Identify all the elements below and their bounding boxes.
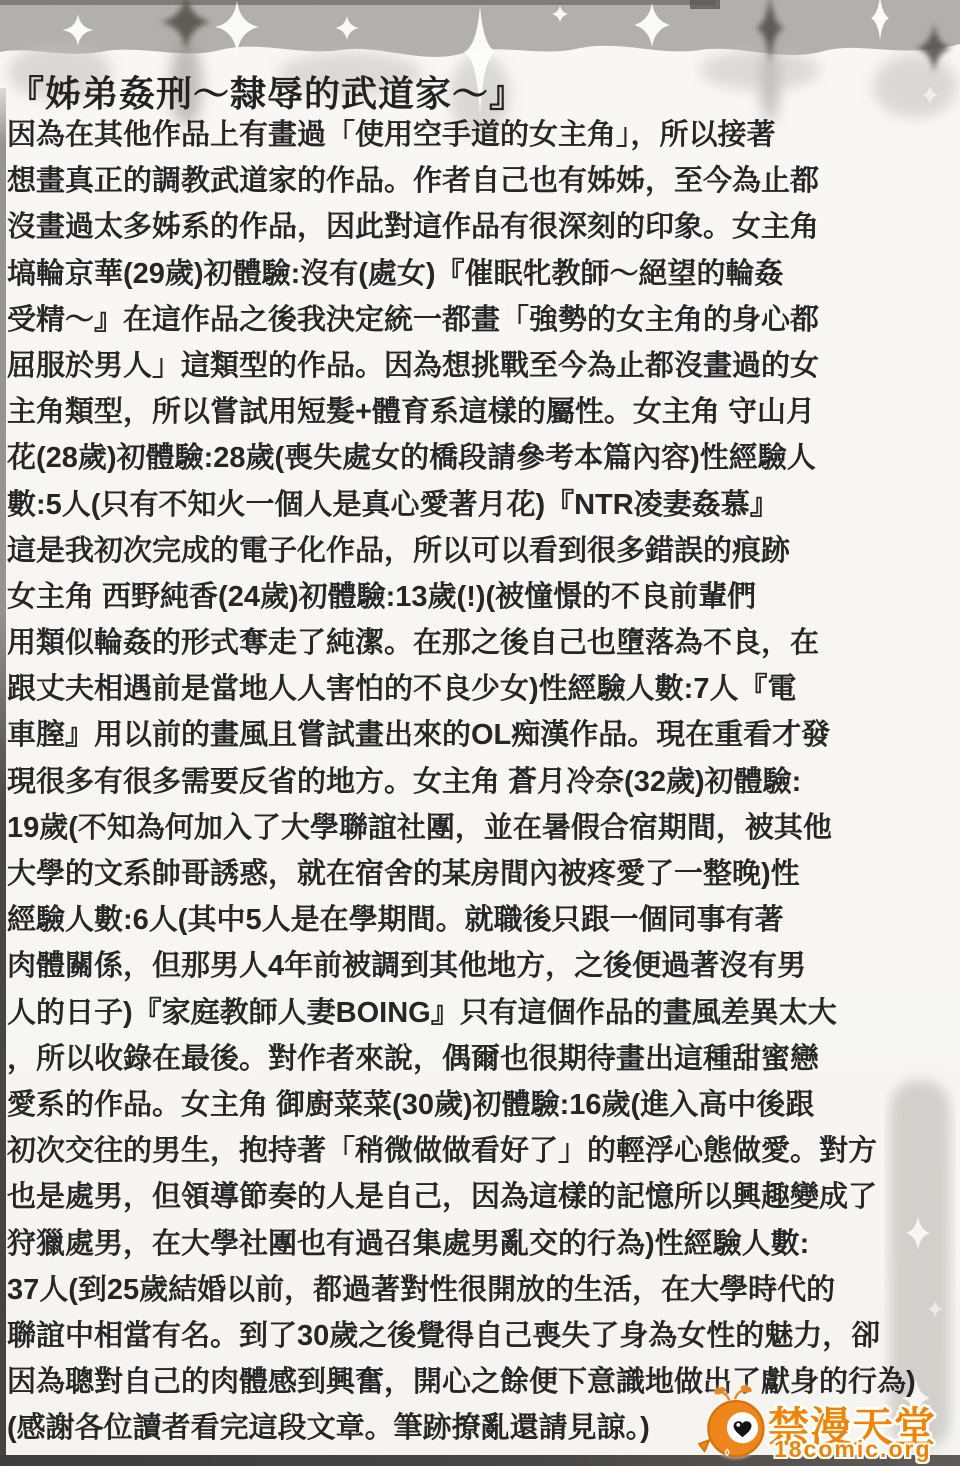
page-edge-left	[0, 88, 6, 1466]
text-line: 數:5人(只有不知火一個人是真心愛著月花)『NTR凌妻姦慕』	[7, 482, 957, 528]
text-line: 19歲(不知為何加入了大學聯誼社團，並在暑假合宿期間，被其他	[7, 805, 957, 851]
text-line: 車膣』用以前的畫風且嘗試畫出來的OL痴漢作品。現在重看才發	[7, 712, 957, 758]
text-line: 女主角 西野純香(24歲)初體驗:13歲(!)(被憧憬的不良前輩們	[7, 574, 957, 620]
text-line: 現很多有很多需要反省的地方。女主角 蒼月冷奈(32歲)初體驗:	[7, 759, 957, 805]
work-title-line: 『姊弟姦刑～隸辱的武道家～』	[8, 66, 952, 117]
text-line: 花(28歲)初體驗:28歲(喪失處女的橋段請參考本篇內容)性經驗人	[7, 435, 957, 481]
watermark-site-url: 18comic.org	[774, 1436, 958, 1463]
text-line: 屈服於男人」這類型的作品。因為想挑戰至今為止都沒畫過的女	[7, 343, 957, 389]
text-line: 用類似輪姦的形式奪走了純潔。在那之後自己也墮落為不良，在	[7, 620, 957, 666]
jm-mascot-icon	[698, 1384, 770, 1462]
text-line: 也是處男，但領導節奏的人是自己，因為這樣的記憶所以興趣變成了	[7, 1174, 957, 1220]
text-line: 愛系的作品。女主角 御廚菜菜(30歲)初體驗:16歲(進入高中後跟	[7, 1082, 957, 1128]
text-line: 主角類型，所以嘗試用短髮+體育系這樣的屬性。女主角 守山月	[7, 389, 957, 435]
text-line: 經驗人數:6人(其中5人是在學期間。就職後只跟一個同事有著	[7, 897, 957, 943]
site-watermark: 禁漫天堂 18comic.org	[698, 1382, 960, 1462]
text-line: 想畫真正的調教武道家的作品。作者自己也有姊姊，至今為止都	[7, 158, 957, 204]
text-line: ，所以收錄在最後。對作者來說，偶爾也很期待畫出這種甜蜜戀	[7, 1036, 957, 1082]
text-line: 狩獵處男，在大學社團也有過召集處男亂交的行為)性經驗人數:	[7, 1221, 957, 1267]
text-line: 塙輪京華(29歲)初體驗:沒有(處女)『催眠牝教師～絕望的輪姦	[7, 251, 957, 297]
text-line: 大學的文系帥哥誘惑，就在宿舍的某房間內被疼愛了一整晚)性	[7, 851, 957, 897]
text-line: 人的日子)『家庭教師人妻BOING』只有這個作品的畫風差異太大	[7, 990, 957, 1036]
afterword-text-block: 因為在其他作品上有畫過「使用空手道的女主角」，所以接著 想畫真正的調教武道家的作…	[7, 112, 957, 1451]
text-line: 跟丈夫相遇前是當地人人害怕的不良少女)性經驗人數:7人『電	[7, 666, 957, 712]
text-line: 這是我初次完成的電子化作品，所以可以看到很多錯誤的痕跡	[7, 528, 957, 574]
text-line: 初次交往的男生，抱持著「稍微做做看好了」的輕浮心態做愛。對方	[7, 1128, 957, 1174]
text-line: 肉體關係，但那男人4年前被調到其他地方，之後便過著沒有男	[7, 943, 957, 989]
text-line: 聯誼中相當有名。到了30歲之後覺得自己喪失了身為女性的魅力，卻	[7, 1313, 957, 1359]
text-line: 沒畫過太多姊系的作品，因此對這作品有很深刻的印象。女主角	[7, 204, 957, 250]
scanned-afterword-page: 『姊弟姦刑～隸辱的武道家～』 因為在其他作品上有畫過「使用空手道的女主角」，所以…	[0, 0, 960, 1466]
text-line: 因為在其他作品上有畫過「使用空手道的女主角」，所以接著	[7, 112, 957, 158]
text-line: 37人(到25歲結婚以前，都過著對性很開放的生活，在大學時代的	[7, 1267, 957, 1313]
text-line: 受精～』在這作品之後我決定統一都畫「強勢的女主角的身心都	[7, 297, 957, 343]
